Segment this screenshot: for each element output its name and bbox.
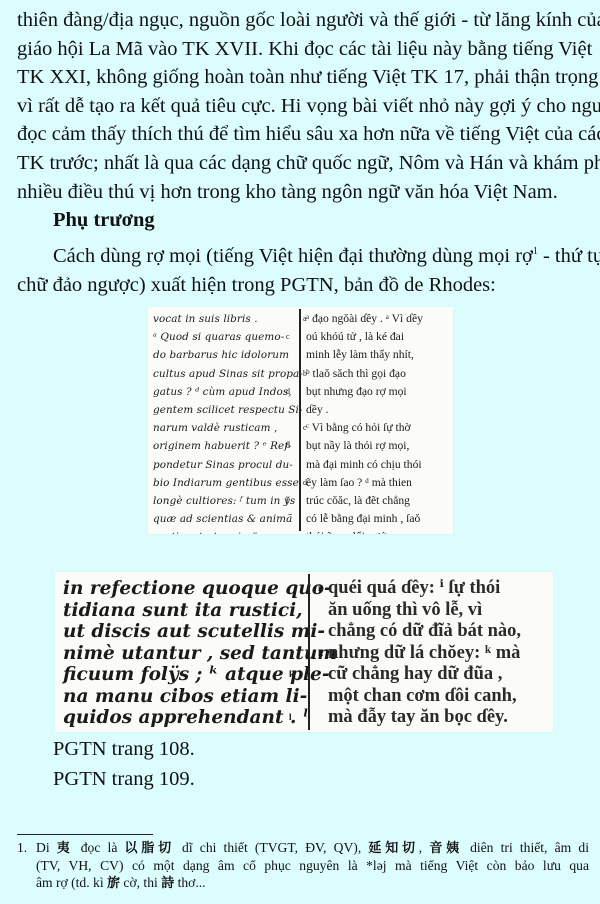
column-divider [299, 309, 301, 531]
margin-mark: i [318, 578, 323, 600]
scan-text-line: ẽy làm ſao ? ᵈ mà thien [306, 474, 426, 492]
margin-mark [289, 578, 294, 600]
margin-mark [289, 600, 294, 622]
scan-text-line: in refectione quoque quo- [63, 578, 337, 600]
paragraph-line: đọc cảm thấy thích thú để tìm hiểu sâu x… [17, 120, 583, 149]
footnote-line: Di 夷 đọc là 以脂切 dĩ chi thiết (TVGT, ĐV, … [36, 839, 589, 857]
margin-mark: d [286, 437, 290, 455]
scan-text-line: tidiana sunt ita rustici, [63, 600, 337, 622]
scan-text-line: chẳng có dữ đĩả bát nào, [328, 621, 521, 643]
scan-text-line: ăn uống thì vô lễ, vì [328, 600, 521, 622]
margin-mark [286, 365, 290, 383]
intro-text: - thứ tự [538, 245, 600, 267]
margin-mark: c [286, 328, 290, 346]
scan-text-line: ᵃ Quod si quaras quemo- [153, 328, 303, 346]
han-characters: 詩 [161, 876, 174, 891]
scan-image-page-108: vocat in suis libris .ᵃ Quod si quaras q… [148, 307, 453, 534]
scan-text-line: ᵇ tlaŏ sǎch thì gọi đạo [306, 365, 426, 383]
scan-text-line: gatus ? ᵈ cùm apud Indos, [153, 383, 303, 401]
scan-text-line: ficuum folÿs ; ᵏ atque ple- [63, 664, 337, 686]
margin-marks-left: k l [289, 578, 294, 729]
scan-text-line: một chan cơm ɗôi canh, [328, 686, 521, 708]
scan-text-line: do barbarus hic idolorum [153, 346, 303, 364]
section-heading: Phụ trương [53, 209, 155, 232]
scan-text-line: nimè utantur , sed tantum [63, 643, 337, 665]
margin-mark: f [286, 492, 290, 510]
scan-text-line: ut discis aut scutellis mi- [63, 621, 337, 643]
margin-mark [318, 600, 323, 622]
scan-text-line: mà đại minh có chịu thói [306, 456, 426, 474]
footnote-text-segment: (TV, VH, CV) có một dạng âm cổ phục nguy… [36, 858, 589, 873]
margin-mark: k [289, 664, 294, 686]
margin-mark [318, 664, 323, 686]
margin-mark [289, 643, 294, 665]
scan-text-line: narum valdè rusticam , [153, 419, 303, 437]
margin-mark [286, 474, 290, 492]
column-divider [308, 574, 310, 730]
scan-text-line: cữ chẳng hay dữ đũa , [328, 664, 521, 686]
paragraph-line: thiên đàng/địa ngục, nguồn gốc loài ngườ… [17, 6, 583, 35]
intro-line-1: Cách dùng rợ mọi (tiếng Việt hiện đại th… [17, 242, 583, 271]
margin-marks-left: c d d f g h [286, 310, 290, 534]
scan-text-line: bụt nầy là thói rợ mọi, [306, 437, 426, 455]
han-characters: 延知切 [368, 841, 418, 856]
document-page: thiên đàng/địa ngục, nguồn gốc loài ngườ… [0, 0, 600, 904]
latin-column: vocat in suis libris .ᵃ Quod si quaras q… [153, 310, 303, 534]
footnote-text-segment: cờ, thi [120, 875, 161, 890]
han-characters: 旂 [107, 876, 120, 891]
scan-text-line: cultus apud Sinas sit propa- [153, 365, 303, 383]
margin-marks-right: i k [318, 578, 323, 729]
margin-mark [286, 310, 290, 328]
scan-text-line: mà đẫy tay ăn bọc ɗêy. [328, 707, 521, 729]
scan-text-line: ᶜ Vì bằng có hỏi ſự thờ [306, 419, 426, 437]
scan-text-line: na manu cibos etiam li- [63, 686, 337, 708]
footnote-text-segment: , [419, 840, 430, 855]
margin-mark [286, 419, 290, 437]
margin-mark [318, 621, 323, 643]
intro-line-2: chữ đảo ngược) xuất hiện trong PGTN, bản… [17, 271, 583, 300]
footnote-text-segment: diên tri thiết, âm di [463, 840, 589, 855]
vietnamese-column: ᵃ đạo ngŏài ɗêy . ᵃ Vì ɗêyoú khóú tử , l… [306, 310, 426, 534]
paragraph-line: giáo hội La Mã vào TK XVII. Khi đọc các … [17, 35, 583, 64]
footnote-separator [17, 834, 153, 835]
scan-text-line: quæ ad scientias & animã [153, 510, 303, 528]
margin-mark [286, 528, 290, 534]
image-caption: PGTN trang 109. [53, 768, 195, 791]
scan-text-line: minh lễy làm thẩy nhít, [306, 346, 426, 364]
margin-mark [318, 707, 323, 729]
scan-text-line: originem habuerit ? ᵉ Ref- [153, 437, 303, 455]
scan-text-line: bio Indiarum gentibus esse [153, 474, 303, 492]
footnote-text-segment: dĩ chi thiết (TVGT, ĐV, QV), [175, 840, 369, 855]
scan-text-line: quidos apprehendant . ˡ [63, 707, 337, 729]
scan-text-line: pondetur Sinas procul du- [153, 456, 303, 474]
footnote-text-segment: thơ... [174, 875, 205, 890]
margin-mark [289, 686, 294, 708]
footnote-line: âm rợ (td. kì 旂 cờ, thi 詩 thơ... [36, 874, 589, 892]
scan-text-line: ɗêy . [306, 401, 426, 419]
paragraph-line: vì rất dễ tạo ra kết quả tiêu cực. Hi vọ… [17, 92, 583, 121]
scan-text-line: longè cultiores: ᶠ tum in ÿs [153, 492, 303, 510]
scan-text-line: trúc cŏăc, là đẽt chẳng [306, 492, 426, 510]
image-caption: PGTN trang 108. [53, 738, 195, 761]
margin-mark [318, 686, 323, 708]
margin-mark: k [318, 643, 323, 665]
vietnamese-column: quéi quá ɗêy: ⁱ ſự thóiăn uống thì vô lễ… [328, 578, 521, 729]
footnote-text-segment: Di [36, 840, 57, 855]
scan-text-line: pertinent , tum in ÿs quæ [153, 528, 303, 534]
margin-mark [286, 510, 290, 528]
footnote-text-segment: âm rợ (td. kì [36, 875, 107, 890]
scan-text-line: thói ẽy ra lối nước [306, 528, 426, 534]
scan-text-line: gentem scilicet respectu Si- [153, 401, 303, 419]
footnote-text: Di 夷 đọc là 以脂切 dĩ chi thiết (TVGT, ĐV, … [36, 839, 589, 892]
footnote-text-segment: đọc là [74, 840, 125, 855]
scan-text-line: vocat in suis libris . [153, 310, 303, 328]
margin-mark: l [289, 707, 294, 729]
margin-mark [286, 401, 290, 419]
han-characters: 音姨 [429, 841, 463, 856]
paragraph-line: nhiều điều thú vị hơn trong kho tàng ngô… [17, 178, 583, 207]
han-characters: 以脂切 [125, 841, 175, 856]
margin-mark: d [286, 383, 290, 401]
han-characters: 夷 [57, 841, 74, 856]
scan-image-page-109: in refectione quoque quo-tidiana sunt it… [55, 572, 553, 732]
paragraph-line: TK trước; nhất là qua các dạng chữ quốc … [17, 149, 583, 178]
margin-mark [286, 456, 290, 474]
margin-mark [286, 346, 290, 364]
intro-paragraph: Cách dùng rợ mọi (tiếng Việt hiện đại th… [17, 242, 583, 299]
scan-text-line: quéi quá ɗêy: ⁱ ſự thói [328, 578, 521, 600]
intro-text: Cách dùng rợ mọi (tiếng Việt hiện đại th… [53, 245, 533, 267]
scan-text-line: có lễ bằng đại minh , ſaŏ [306, 510, 426, 528]
scan-text-line: oú khóú tử , là ké đai [306, 328, 426, 346]
footnote-line: (TV, VH, CV) có một dạng âm cổ phục nguy… [36, 857, 589, 875]
paragraph-line: TK XXI, không giống hoàn toàn như tiếng … [17, 63, 583, 92]
body-paragraph: thiên đàng/địa ngục, nguồn gốc loài ngườ… [17, 6, 583, 206]
margin-mark [289, 621, 294, 643]
latin-column: in refectione quoque quo-tidiana sunt it… [63, 578, 337, 729]
scan-text-line: ᵃ đạo ngŏài ɗêy . ᵃ Vì ɗêy [306, 310, 426, 328]
scan-text-line: nhưng dữ lá chŏey: ᵏ mà [328, 643, 521, 665]
scan-text-line: bụt nhưng đạo rợ mọi [306, 383, 426, 401]
footnote-number: 1. [17, 839, 27, 857]
